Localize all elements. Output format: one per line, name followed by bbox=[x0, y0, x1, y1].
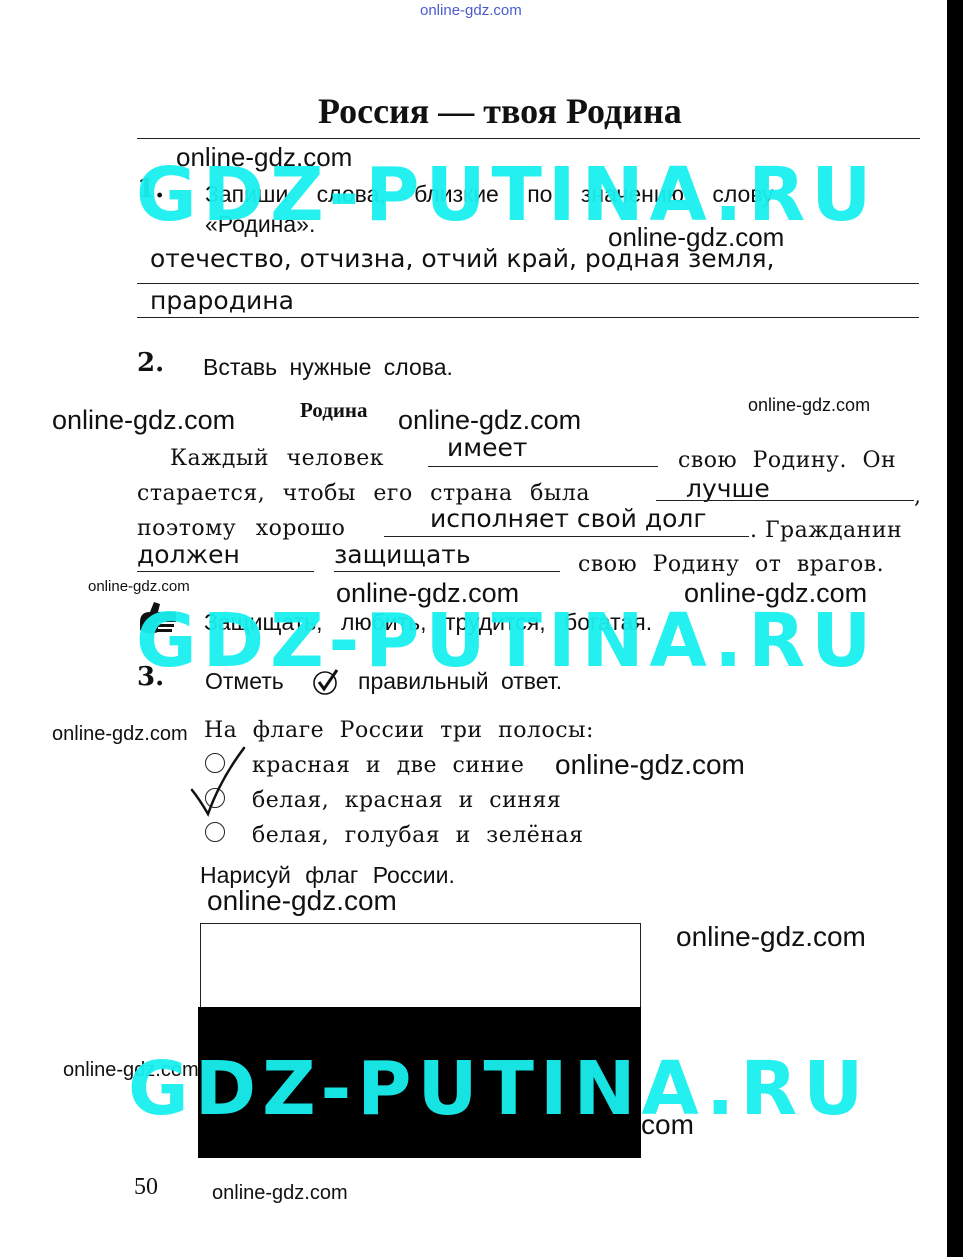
checkmark-circle-icon bbox=[312, 668, 340, 696]
handwritten-checkmark-icon bbox=[188, 746, 248, 820]
title-rule bbox=[137, 138, 920, 139]
task3-number: 3. bbox=[137, 662, 164, 692]
watermark: online-gdz.com bbox=[52, 723, 188, 746]
blank-line bbox=[137, 571, 314, 572]
watermark: online-gdz.com bbox=[207, 885, 397, 917]
text-line2-start: старается, чтобы его страна была bbox=[137, 481, 590, 506]
watermark: online-gdz.com bbox=[52, 405, 235, 436]
task3-prompt-before: Отметь bbox=[205, 668, 284, 695]
blank-answer-5: защищать bbox=[334, 540, 471, 569]
page-number: 50 bbox=[134, 1174, 158, 1201]
task2-number: 2. bbox=[137, 348, 164, 378]
blank-answer-4: должен bbox=[137, 540, 240, 569]
text-line3-end: . Гражданин bbox=[750, 518, 902, 543]
blank-line bbox=[384, 536, 749, 537]
big-watermark: GDZ-PUTINA.RU bbox=[136, 152, 877, 238]
text-line2-end: , bbox=[914, 484, 922, 509]
text-line3-start: поэтому хорошо bbox=[137, 516, 345, 541]
text-line4-end: свою Родину от врагов. bbox=[578, 552, 884, 577]
scan-edge bbox=[947, 0, 963, 1257]
flag-stripe-white bbox=[200, 923, 641, 1007]
watermark: online-gdz.com bbox=[398, 405, 581, 436]
blank-line bbox=[334, 571, 560, 572]
text-line1-end: свою Родину. Он bbox=[678, 448, 896, 473]
top-watermark: online-gdz.com bbox=[420, 2, 522, 19]
blank-line bbox=[428, 466, 658, 467]
text-line1-start: Каждый человек bbox=[170, 446, 384, 471]
watermark: online-gdz.com bbox=[88, 578, 190, 595]
option-label-1: красная и две синие bbox=[252, 753, 524, 778]
blank-answer-1: имеет bbox=[447, 433, 527, 462]
blank-answer-3: исполняет свой долг bbox=[430, 504, 707, 533]
blank-line bbox=[656, 500, 914, 501]
option-radio-3[interactable] bbox=[205, 822, 225, 842]
task1-answer-line1: отечество, отчизна, отчий край, родная з… bbox=[150, 244, 774, 273]
watermark: online-gdz.com bbox=[212, 1182, 348, 1205]
answer-line bbox=[137, 317, 919, 318]
page-title: Россия — твоя Родина bbox=[318, 90, 682, 132]
option-label-3: белая, голубая и зелёная bbox=[252, 823, 583, 848]
watermark: online-gdz.com bbox=[748, 395, 870, 416]
blank-answer-2: лучше bbox=[686, 474, 770, 503]
question-text: На флаге России три полосы: bbox=[204, 718, 594, 743]
task2-prompt: Вставь нужные слова. bbox=[203, 354, 453, 381]
watermark-partial: com bbox=[641, 1109, 694, 1141]
option-label-2: белая, красная и синяя bbox=[252, 788, 561, 813]
watermark: online-gdz.com bbox=[555, 749, 745, 781]
watermark: online-gdz.com bbox=[676, 921, 866, 953]
text-heading: Родина bbox=[300, 398, 368, 423]
task3-prompt-after: правильный ответ. bbox=[358, 668, 562, 695]
task1-answer-line2: прародина bbox=[150, 286, 294, 315]
big-watermark: GDZ-PUTINA.RU bbox=[128, 1046, 869, 1132]
answer-line bbox=[137, 283, 919, 284]
